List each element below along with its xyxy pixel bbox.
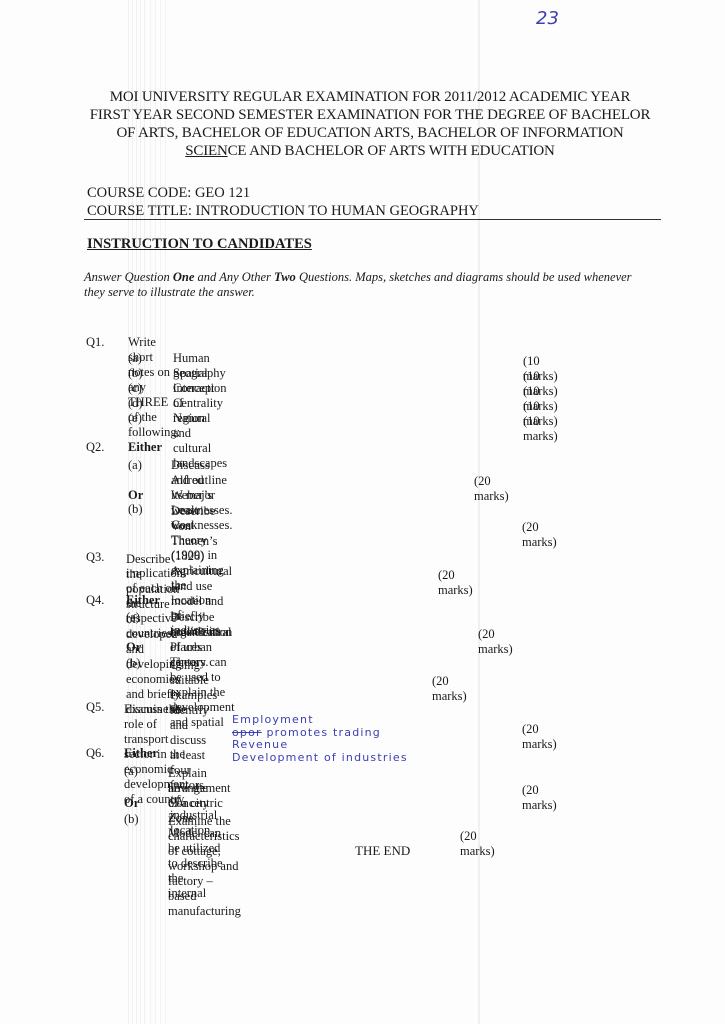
note-line: Development of industries [232,752,408,765]
option-text: Examine the characteristics of cottage, … [168,814,241,919]
either-label: Either [124,746,158,761]
or-label: Or [126,640,141,655]
marks: (20 marks) [474,474,509,504]
course-code: COURSE CODE: GEO 121 [87,184,479,202]
instructions-heading: INSTRUCTION TO CANDIDATES [87,236,312,253]
or-label: Or [124,796,139,811]
header-underlined-fragment: SCIEN [185,143,227,159]
exam-header: MOI UNIVERSITY REGULAR EXAMINATION FOR 2… [60,88,680,160]
instr-bold: One [173,270,195,284]
divider [84,219,661,220]
marks: (20 marks) [432,674,467,704]
header-line: MOI UNIVERSITY REGULAR EXAMINATION FOR 2… [60,88,680,106]
question-number: Q6. [86,746,104,761]
question-number: Q5. [86,700,104,715]
handwritten-page-number: 23 [536,8,559,29]
instr-bold: Two [274,270,296,284]
marks: (10 marks) [523,414,558,444]
handwritten-notes: Employment opor promotes trading Revenue… [232,714,408,764]
header-line: OF ARTS, BACHELOR OF EDUCATION ARTS, BAC… [60,124,680,142]
option-label: (a) [128,458,142,473]
option-label: (a) [126,610,140,625]
option-label: (b) [128,366,143,381]
instr-part: Answer Question [84,270,173,284]
option-label: (a) [128,351,142,366]
option-label: (c) [128,381,142,396]
or-label: Or [128,488,143,503]
header-line: FIRST YEAR SECOND SEMESTER EXAMINATION F… [60,106,680,124]
option-text: arrangement of a city [168,781,230,811]
marks: (20 marks) [478,627,513,657]
option-label: (b) [126,656,141,671]
option-text: Centrality [173,396,223,411]
marks: (20 marks) [460,829,495,859]
either-label: Either [128,440,162,455]
struck-word: opor [232,726,262,739]
note-line: Revenue [232,739,408,752]
header-line: SCIENCE AND BACHELOR OF ARTS WITH EDUCAT… [60,142,680,160]
question-number: Q2. [86,440,104,455]
marks: (20 marks) [522,783,557,813]
course-title: COURSE TITLE: INTRODUCTION TO HUMAN GEOG… [87,202,479,220]
marks: (20 marks) [522,722,557,752]
instr-part: and Any Other [194,270,274,284]
question-number: Q3. [86,550,104,565]
option-label: (e) [128,411,142,426]
question-number: Q4. [86,593,104,608]
marks: (20 marks) [522,520,557,550]
either-label: Either [126,593,160,608]
course-info: COURSE CODE: GEO 121 COURSE TITLE: INTRO… [87,184,479,220]
option-label: (b) [128,502,143,517]
option-text: weaknesses. [171,518,232,533]
marks: (20 marks) [438,568,473,598]
note-text: promotes trading [266,726,381,739]
the-end: THE END [355,843,410,859]
instructions-text: Answer Question One and Any Other Two Qu… [84,270,644,300]
header-line-rest: CE AND BACHELOR OF ARTS WITH EDUCATION [228,143,555,159]
option-label: (b) [124,812,139,827]
question-number: Q1. [86,335,104,350]
option-label: (a) [124,764,138,779]
option-label: (d) [128,396,143,411]
